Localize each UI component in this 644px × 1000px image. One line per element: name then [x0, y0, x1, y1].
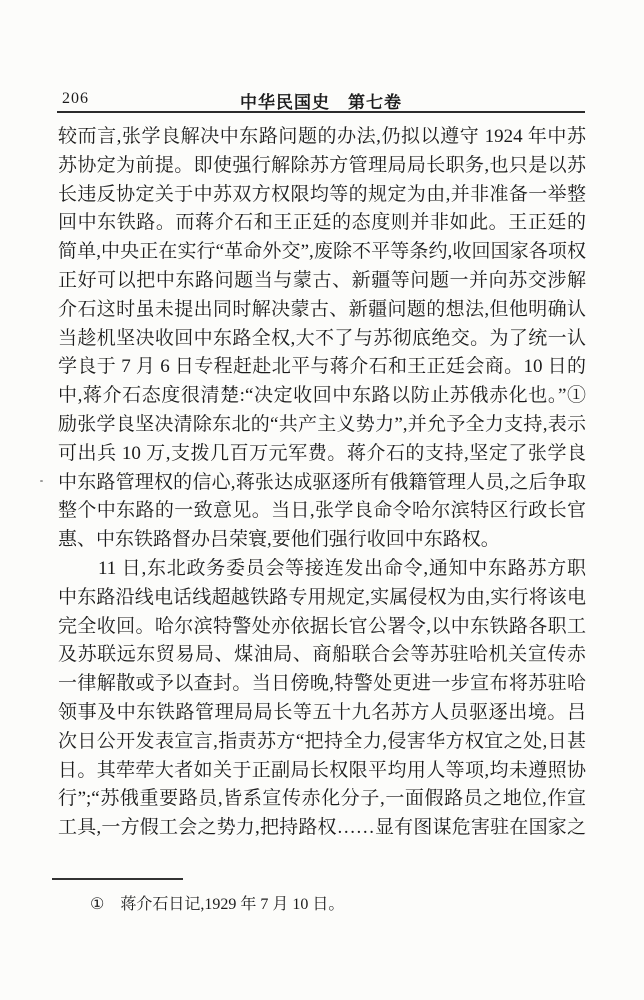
paragraph-2: 11 日,东北政务委员会等接连发出命令,通知中东路苏方职员,以 中东路沿线电话线…: [58, 555, 586, 843]
text-line: 可出兵 10 万,支拨几百万元军费。蒋介石的支持,坚定了张学良收回: [58, 440, 586, 469]
footnote-text: 蒋介石日记,1929 年 7 月 10 日。: [120, 896, 344, 913]
text-line: 工具,一方假工会之势力,把持路权……显有图谋危害驻在国家之行: [58, 814, 586, 843]
text-line: 日。其荦荦大者如关于正副局长权限平均用人等项,均未遵照协定履: [58, 757, 586, 786]
text-line: 11 日,东北政务委员会等接连发出命令,通知中东路苏方职员,以: [58, 555, 586, 584]
text-line: 当趁机坚决收回中东路全权,大不了与苏彻底绝交。为了统一认识,张: [58, 325, 586, 354]
book-page: 206 中华民国史 第七卷 较而言,张学良解决中东路问题的办法,仍拟以遵守 19…: [0, 0, 644, 1000]
text-line: 领事及中东铁路管理局局长等五十九名苏方人员驱逐出境。吕荣寰于: [58, 699, 586, 728]
footnote-rule: [52, 878, 183, 880]
text-line: 次日公开发表宣言,指责苏方“把持全力,侵害华方权宜之处,日甚一: [58, 728, 586, 757]
header-rule: [57, 111, 585, 113]
scan-speck: [40, 480, 43, 482]
page-header: 206 中华民国史 第七卷: [57, 88, 585, 110]
text-line: 整个中东路的一致意见。当日,张学良命令哈尔滨特区行政长官张景: [58, 497, 586, 526]
footnote: ①蒋介石日记,1929 年 7 月 10 日。: [90, 893, 586, 917]
text-line: 回中东铁路。而蒋介石和王正廷的态度则并非如此。王正廷的想法很: [58, 209, 586, 238]
text-line: 较而言,张学良解决中东路问题的办法,仍拟以遵守 1924 年中苏及奉: [58, 123, 586, 152]
footnote-marker: ①: [90, 896, 104, 913]
text-line: 惠、中东铁路督办吕荣寰,要他们强行收回中东路权。: [58, 526, 586, 555]
text-line: 简单,中央正在实行“革命外交”,废除不平等条约,收回国家各项权益,: [58, 238, 586, 267]
text-line: 励张学良坚决清除东北的“共产主义势力”,并允予全力支持,表示中央: [58, 411, 586, 440]
text-line: 中东路管理权的信心,蒋张达成驱逐所有俄籍管理人员,之后争取收回: [58, 469, 586, 498]
text-line: 及苏联远东贸易局、煤油局、商船联合会等苏驻哈机关宣传赤化为由,: [58, 641, 586, 670]
paragraph-1: 较而言,张学良解决中东路问题的办法,仍拟以遵守 1924 年中苏及奉 苏协定为前…: [58, 123, 586, 555]
text-line: 完全收回。哈尔滨特警处亦依据长官公署令,以中东铁路各职工会,以: [58, 613, 586, 642]
text-line: 一律解散或予以查封。当日傍晚,特警处更进一步宣布将苏驻哈代理: [58, 670, 586, 699]
running-title: 中华民国史 第七卷: [57, 88, 585, 113]
text-line: 中东路沿线电话线超越铁路专用规定,实属侵权为由,实行将该电话线: [58, 584, 586, 613]
body-text: 较而言,张学良解决中东路问题的办法,仍拟以遵守 1924 年中苏及奉 苏协定为前…: [58, 123, 586, 843]
text-line: 学良于 7 月 6 日专程赶赴北平与蒋介石和王正廷会商。10 日的商谈: [58, 353, 586, 382]
text-line: 介石这时虽未提出同时解决蒙古、新疆问题的想法,但他明确认为,应: [58, 296, 586, 325]
text-line: 行”;“苏俄重要路员,皆系宣传赤化分子,一面假路员之地位,作宣传之: [58, 785, 586, 814]
text-line: 中,蒋介石态度很清楚:“决定收回中东路以防止苏俄赤化也。”①他鼓: [58, 382, 586, 411]
text-line: 正好可以把中东路问题当与蒙古、新疆等问题一并向苏交涉解决。蒋: [58, 267, 586, 296]
text-line: 长违反协定关于中苏双方权限均等的规定为由,并非准备一举整个夺: [58, 181, 586, 210]
text-line: 苏协定为前提。即使强行解除苏方管理局局长职务,也只是以苏方局: [58, 152, 586, 181]
